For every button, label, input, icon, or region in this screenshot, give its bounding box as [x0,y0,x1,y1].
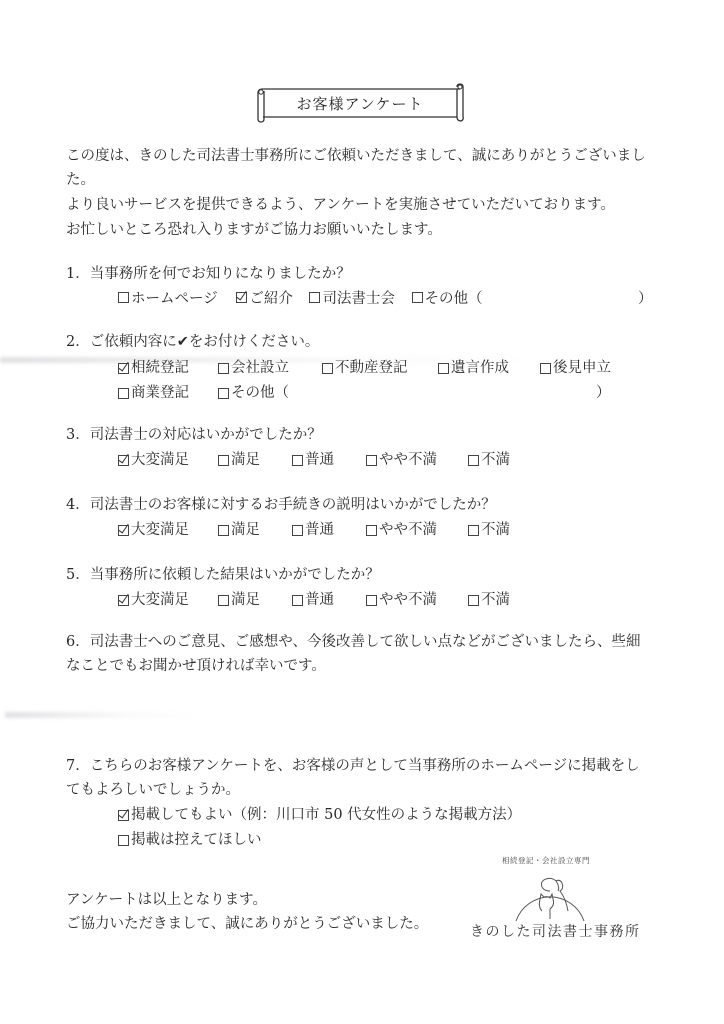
checkbox-checked[interactable] [118,595,129,606]
checkbox-checked[interactable] [118,455,129,466]
checkbox[interactable] [118,292,129,303]
checkbox[interactable] [218,388,229,399]
question-text: 司法書士の対応はいかがでしたか？ [90,427,322,443]
other-close-paren: ） [638,287,653,308]
intro-line-4: お忙しいところ恐れ入りますがご協力お願いいたします。 [66,218,442,242]
checkbox[interactable] [366,595,377,606]
checkbox[interactable] [118,835,129,846]
option-other[interactable]: その他（ [412,287,483,308]
question-text-line-1: 司法書士へのご意見、ご感想や、今後改善して欲しい点などがございましたら、些細 [90,634,641,650]
closing-line-1: アンケートは以上となります。 [66,888,267,909]
checkbox[interactable] [218,455,229,466]
intro-line-2: た。 [66,168,95,192]
question-number: 2． [66,334,90,350]
q5-option-very-satisfied[interactable]: 大変満足 [118,588,189,609]
question-number: 4． [66,497,90,513]
office-logo: 相続登記・会社設立専門 きのした司法書士事務所 [470,855,660,945]
q3-option-very-satisfied[interactable]: 大変満足 [118,448,189,469]
question-number: 6． [66,634,90,650]
other-close-paren: ） [596,381,611,402]
other-input-q1[interactable] [490,287,630,305]
logo-tagline: 相続登記・会社設立専門 [502,855,590,866]
checkbox[interactable] [218,363,229,374]
question-1: 1．当事務所を何でお知りになりましたか？ [66,262,351,283]
intro-line-3: より良いサービスを提供できるよう、アンケートを実施させていただいております。 [66,193,615,217]
question-number: 7． [66,758,90,774]
q4-option-very-satisfied[interactable]: 大変満足 [118,518,189,539]
question-text-line-1: こちらのお客様アンケートを、お客様の声として当事務所のホームページに掲載をし [90,758,640,774]
q3-option-satisfied[interactable]: 満足 [218,448,260,469]
intro-line-1: この度は、きのした司法書士事務所にご依頼いただきまして、誠にありがとうございまし [66,144,646,168]
question-7-line-2: てもよろしいでしょうか。 [66,778,240,799]
page-title: お客様アンケート [255,83,465,123]
option-referral[interactable]: ご紹介 [236,287,293,308]
question-text: 当事務所を何でお知りになりましたか？ [90,266,351,282]
comment-area[interactable] [66,680,666,740]
option-homepage[interactable]: ホームページ [118,287,218,308]
q5-option-satisfied[interactable]: 満足 [218,588,260,609]
q3-option-neutral[interactable]: 普通 [292,448,334,469]
scan-artifact [5,712,205,718]
question-4: 4．司法書士のお客様に対するお手続きの説明はいかがでしたか？ [66,493,496,514]
checkbox[interactable] [309,292,320,303]
checkbox[interactable] [412,292,423,303]
q4-option-dissatisfied[interactable]: 不満 [468,518,510,539]
question-number: 1． [66,266,90,282]
checkbox-checked[interactable] [236,292,247,303]
q2-option-real-estate[interactable]: 不動産登記 [322,356,408,377]
checkbox[interactable] [292,455,303,466]
other-input-q2[interactable] [300,381,590,399]
q4-option-satisfied[interactable]: 満足 [218,518,260,539]
option-bar-association[interactable]: 司法書士会 [309,287,395,308]
checkbox[interactable] [540,363,551,374]
checkbox[interactable] [438,363,449,374]
question-number: 3． [66,427,90,443]
q2-option-guardianship[interactable]: 後見申立 [540,356,611,377]
checkbox[interactable] [468,595,479,606]
checkbox[interactable] [118,388,129,399]
q5-option-somewhat-dissatisfied[interactable]: やや不満 [366,588,437,609]
question-3: 3．司法書士の対応はいかがでしたか？ [66,423,322,444]
checkbox[interactable] [366,525,377,536]
q2-option-other[interactable]: その他（ [218,381,289,402]
office-name: きのした司法書士事務所 [470,921,641,941]
question-1-options: ホームページ ご紹介 司法書士会 その他（ [118,287,483,308]
checkbox[interactable] [292,595,303,606]
checkbox[interactable] [468,525,479,536]
checkbox[interactable] [468,455,479,466]
q7-option-decline[interactable]: 掲載は控えてほしい [118,828,262,849]
q4-option-neutral[interactable]: 普通 [292,518,334,539]
q2-option-commercial[interactable]: 商業登記 [118,381,189,402]
checkbox[interactable] [366,455,377,466]
q2-option-company-formation[interactable]: 会社設立 [218,356,289,377]
checkbox[interactable] [322,363,333,374]
question-5: 5．当事務所に依頼した結果はいかがでしたか？ [66,563,380,584]
q2-option-will[interactable]: 遺言作成 [438,356,509,377]
question-text: 当事務所に依頼した結果はいかがでしたか？ [90,567,380,583]
question-6: 6．司法書士へのご意見、ご感想や、今後改善して欲しい点などがございましたら、些細 [66,630,640,651]
question-text: 司法書士のお客様に対するお手続きの説明はいかがでしたか？ [90,497,496,513]
q3-option-dissatisfied[interactable]: 不満 [468,448,510,469]
q3-option-somewhat-dissatisfied[interactable]: やや不満 [366,448,437,469]
question-7: 7．こちらのお客様アンケートを、お客様の声として当事務所のホームページに掲載をし [66,754,640,775]
checkbox-checked[interactable] [118,525,129,536]
q2-option-inheritance[interactable]: 相続登記 [118,356,189,377]
checkbox[interactable] [292,525,303,536]
checkbox[interactable] [218,525,229,536]
dog-and-cat-icon [510,867,590,923]
question-6-line-2: なことでもお聞かせ頂ければ幸いです。 [66,654,326,675]
closing-line-2: ご協力いただきまして、誠にありがとうございました。 [66,912,428,933]
checkbox[interactable] [218,595,229,606]
q5-option-dissatisfied[interactable]: 不満 [468,588,510,609]
question-number: 5． [66,567,90,583]
title-banner: お客様アンケート [255,83,465,123]
question-text: ご依頼内容に✔をお付けください。 [90,334,320,350]
checkbox-checked[interactable] [118,810,129,821]
q7-option-allow[interactable]: 掲載してもよい（例：川口市 50 代女性のような掲載方法） [118,803,521,824]
q4-option-somewhat-dissatisfied[interactable]: やや不満 [366,518,437,539]
checkbox-checked[interactable] [118,363,129,374]
question-2: 2．ご依頼内容に✔をお付けください。 [66,330,319,351]
q5-option-neutral[interactable]: 普通 [292,588,334,609]
